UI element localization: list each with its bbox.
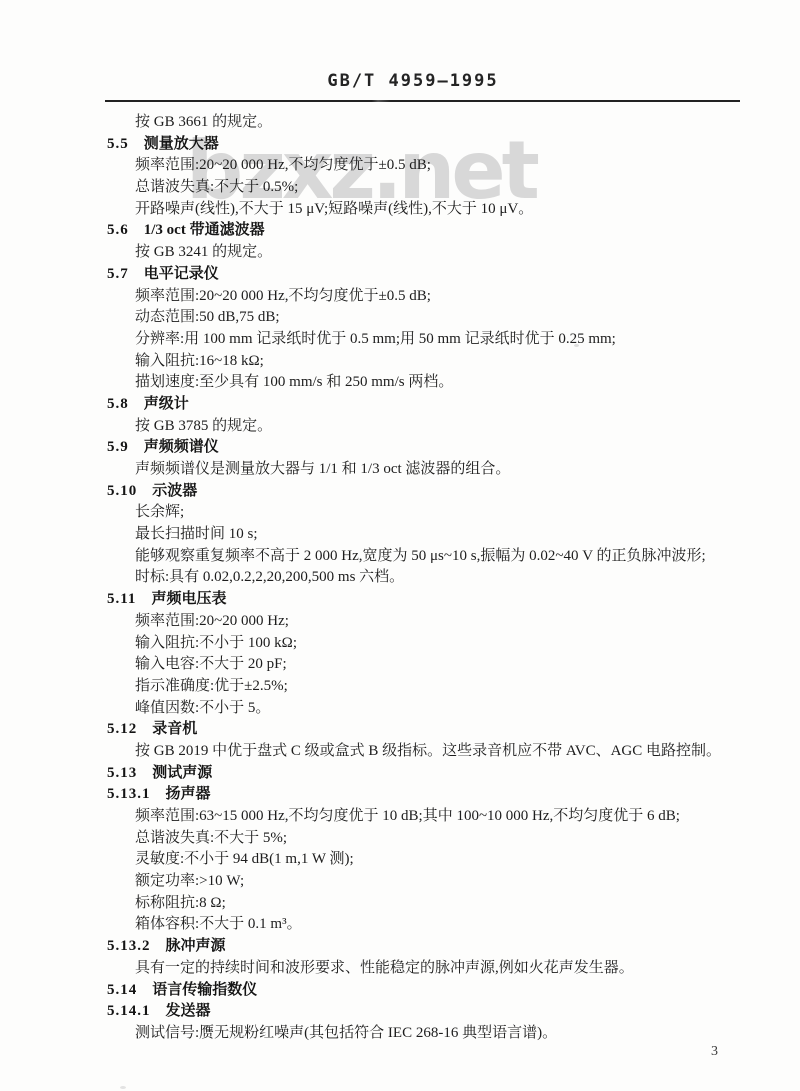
section-number: 5.8 bbox=[107, 394, 129, 416]
section-heading: 5.10示波器 bbox=[0, 481, 800, 503]
section-number: 5.13 bbox=[107, 763, 137, 785]
section-heading: 5.7电平记录仪 bbox=[0, 264, 800, 286]
section-title: 语言传输指数仪 bbox=[152, 982, 257, 998]
section-heading: 5.13.1扬声器 bbox=[0, 784, 800, 806]
section-title: 测量放大器 bbox=[144, 136, 219, 152]
section-title: 声频电压表 bbox=[151, 591, 226, 607]
text-line: 时标:具有 0.02,0.2,2,20,200,500 ms 六档。 bbox=[0, 567, 800, 589]
section-heading: 5.9声频频谱仪 bbox=[0, 437, 800, 459]
text-line: 输入阻抗:不小于 100 kΩ; bbox=[0, 633, 800, 655]
text-line: 测试信号:赝无规粉红噪声(其包括符合 IEC 268-16 典型语言谱)。 bbox=[0, 1023, 800, 1045]
section-title: 声级计 bbox=[144, 396, 189, 412]
section-heading: 5.14.1发送器 bbox=[0, 1001, 800, 1023]
text-line: 总谐波失真:不大于 0.5%; bbox=[0, 177, 800, 199]
text-line: 输入电容:不大于 20 pF; bbox=[0, 654, 800, 676]
section-title: 发送器 bbox=[166, 1003, 211, 1019]
text-line: 开路噪声(线性),不大于 15 μV;短路噪声(线性),不大于 10 μV。 bbox=[0, 199, 800, 221]
section-number: 5.14 bbox=[107, 980, 137, 1002]
text-line: 箱体容积:不大于 0.1 m³。 bbox=[0, 914, 800, 936]
section-title: 脉冲声源 bbox=[166, 938, 226, 954]
section-title: 录音机 bbox=[152, 721, 197, 737]
section-heading: 5.5测量放大器 bbox=[0, 134, 800, 156]
section-heading: 5.8声级计 bbox=[0, 394, 800, 416]
section-title: 测试声源 bbox=[152, 765, 212, 781]
section-number: 5.13.2 bbox=[107, 936, 151, 958]
document-page: GB/T 4959—1995 bzxz.net 按 GB 3661 的规定。5.… bbox=[0, 0, 800, 1091]
section-heading: 5.13测试声源 bbox=[0, 763, 800, 785]
content-lines: 按 GB 3661 的规定。5.5测量放大器频率范围:20~20 000 Hz,… bbox=[0, 112, 800, 1045]
text-line: 能够观察重复频率不高于 2 000 Hz,宽度为 50 μs~10 s,振幅为 … bbox=[0, 546, 800, 568]
text-line: 输入阻抗:16~18 kΩ; bbox=[0, 351, 800, 373]
section-number: 5.14.1 bbox=[107, 1001, 151, 1023]
text-line: 频率范围:63~15 000 Hz,不均匀度优于 10 dB;其中 100~10… bbox=[0, 806, 800, 828]
section-number: 5.7 bbox=[107, 264, 129, 286]
section-number: 5.10 bbox=[107, 481, 137, 503]
text-line: 最长扫描时间 10 s; bbox=[0, 524, 800, 546]
text-line: 频率范围:20~20 000 Hz; bbox=[0, 611, 800, 633]
section-title: 1/3 oct 带通滤波器 bbox=[144, 222, 265, 238]
section-title: 电平记录仪 bbox=[144, 266, 219, 282]
scan-speckle bbox=[120, 1086, 126, 1089]
text-line: 标称阻抗:8 Ω; bbox=[0, 893, 800, 915]
section-number: 5.13.1 bbox=[107, 784, 151, 806]
text-line: 长余辉; bbox=[0, 502, 800, 524]
text-line: 频率范围:20~20 000 Hz,不均匀度优于±0.5 dB; bbox=[0, 286, 800, 308]
standard-code-header: GB/T 4959—1995 bbox=[13, 71, 800, 91]
section-number: 5.6 bbox=[107, 220, 129, 242]
text-line: 额定功率:>10 W; bbox=[0, 871, 800, 893]
text-line: 按 GB 2019 中优于盘式 C 级或盒式 B 级指标。这些录音机应不带 AV… bbox=[0, 741, 800, 763]
text-line: 峰值因数:不小于 5。 bbox=[0, 698, 800, 720]
section-title: 声频频谱仪 bbox=[144, 439, 219, 455]
text-line: 总谐波失真:不大于 5%; bbox=[0, 828, 800, 850]
section-title: 扬声器 bbox=[166, 786, 211, 802]
text-line: 声频频谱仪是测量放大器与 1/1 和 1/3 oct 滤波器的组合。 bbox=[0, 459, 800, 481]
section-number: 5.12 bbox=[107, 719, 137, 741]
section-number: 5.9 bbox=[107, 437, 129, 459]
page-number: 3 bbox=[711, 1044, 718, 1060]
section-number: 5.5 bbox=[107, 134, 129, 156]
text-line: 具有一定的持续时间和波形要求、性能稳定的脉冲声源,例如火花声发生器。 bbox=[0, 958, 800, 980]
header-rule bbox=[105, 100, 740, 102]
text-line: 指示准确度:优于±2.5%; bbox=[0, 676, 800, 698]
text-line: 动态范围:50 dB,75 dB; bbox=[0, 307, 800, 329]
section-heading: 5.13.2脉冲声源 bbox=[0, 936, 800, 958]
text-line: 描划速度:至少具有 100 mm/s 和 250 mm/s 两档。 bbox=[0, 372, 800, 394]
text-line: 按 GB 3785 的规定。 bbox=[0, 416, 800, 438]
text-line: 频率范围:20~20 000 Hz,不均匀度优于±0.5 dB; bbox=[0, 155, 800, 177]
section-heading: 5.11声频电压表 bbox=[0, 589, 800, 611]
text-line: 分辨率:用 100 mm 记录纸时优于 0.5 mm;用 50 mm 记录纸时优… bbox=[0, 329, 800, 351]
section-number: 5.11 bbox=[107, 589, 136, 611]
text-line: 按 GB 3661 的规定。 bbox=[0, 112, 800, 134]
section-heading: 5.14语言传输指数仪 bbox=[0, 980, 800, 1002]
section-heading: 5.12录音机 bbox=[0, 719, 800, 741]
text-line: 灵敏度:不小于 94 dB(1 m,1 W 测); bbox=[0, 849, 800, 871]
text-line: 按 GB 3241 的规定。 bbox=[0, 242, 800, 264]
section-title: 示波器 bbox=[152, 483, 197, 499]
section-heading: 5.61/3 oct 带通滤波器 bbox=[0, 220, 800, 242]
